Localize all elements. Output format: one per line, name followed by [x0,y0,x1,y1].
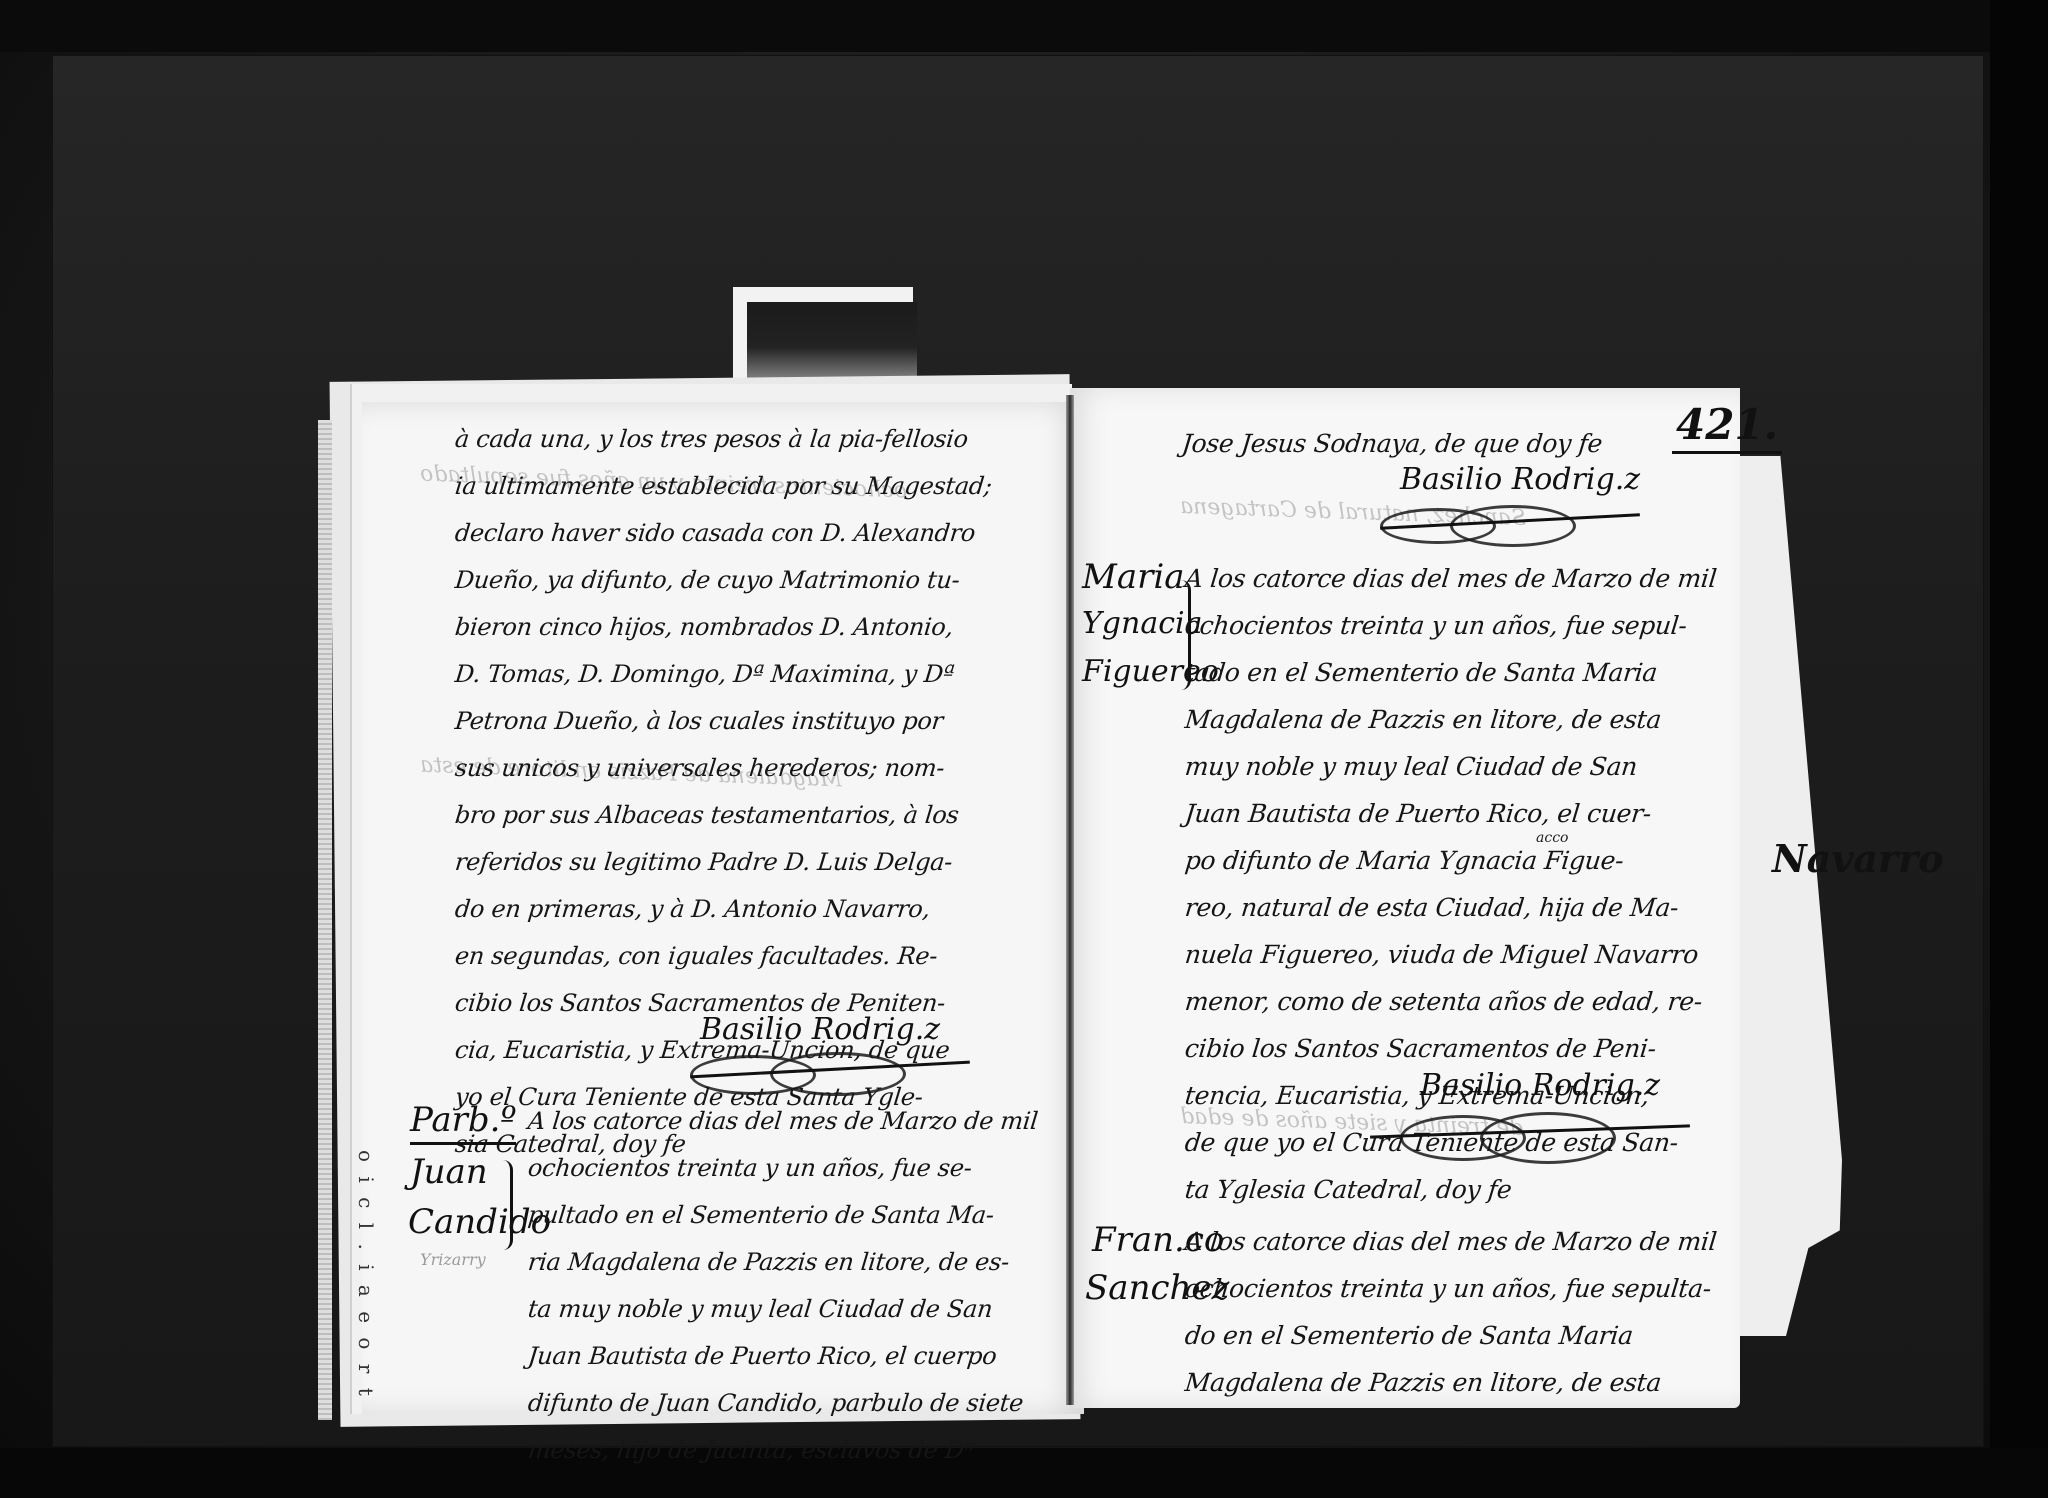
text-line: po difunto de Maria Ygnacia Figue- [1183,837,1708,884]
text-line: ia ultimamente establecida por su Magest… [453,463,1018,510]
text-line: Magdalena de Pazzis en litore, de esta [1183,1359,1708,1406]
folio-number: 421. [1672,400,1782,454]
text-line: meses, hijo de Jacinta, esclavos de Dⁿ [526,1427,1091,1474]
left-entry-2-body: A los catorce dias del mes de Marzo de m… [528,1098,1088,1474]
text-line: muy noble y muy leal Ciudad de San [1183,743,1708,790]
text-line: ochocientos treinta y un años, fue sepul… [1183,1265,1708,1312]
text-line: do en primeras, y à D. Antonio Navarro, [453,886,1018,933]
text-line: A los catorce dias del mes de Marzo de m… [1183,555,1708,602]
text-line: A los catorce dias del mes de Marzo de m… [526,1098,1091,1145]
text-line: Petrona Dueño, à los cuales instituyo po… [453,698,1018,745]
text-line: pultado en el Sementerio de Santa Ma- [526,1192,1091,1239]
right-entry-2-body: A los catorce dias del mes de Marzo de m… [1185,1218,1705,1406]
margin-label-given-name: Maria [1082,555,1184,599]
text-line: ochocientos treinta y un años, fue sepul… [1183,602,1708,649]
margin-brace [500,1160,513,1250]
text-line: menor, como de setenta años de edad, re- [1183,978,1708,1025]
text-line: bro por sus Albaceas testamentarios, à l… [453,792,1018,839]
text-line: Dueño, ya difunto, de cuyo Matrimonio tu… [453,557,1018,604]
film-edge-shadow [1990,0,2048,1498]
text-line: tado en el Sementerio de Santa Maria [1183,649,1708,696]
text-line: Juan Bautista de Puerto Rico, el cuerpo [526,1333,1091,1380]
text-line: bieron cinco hijos, nombrados D. Antonio… [453,604,1018,651]
side-annotation: Navarro [1772,836,1943,881]
margin-label-parvulo: Parb.º [410,1098,516,1145]
text-line: ochocientos treinta y un años, fue se- [526,1145,1091,1192]
page-fore-edge [318,420,332,1420]
text-line: Magdalena de Pazzis en litore, de esta [1183,696,1708,743]
text-line: sus unicos y universales herederos; nom- [453,745,1018,792]
right-entry-1-body: A los catorce dias del mes de Marzo de m… [1185,555,1705,1213]
text-line: nuela Figuereo, viuda de Miguel Navarro [1183,931,1708,978]
right-page-top: Jose Jesus Sodnaya, de que doy fe [1182,420,1602,467]
text-line: D. Tomas, D. Domingo, Dª Maximina, y Dª [453,651,1018,698]
fore-edge-marks: o i c l . i a e o r t [354,1150,378,1400]
text-line: reo, natural de esta Ciudad, hija de Ma- [1183,884,1708,931]
signature-flourish [1480,1112,1616,1164]
text-line: ta Yglesia Catedral, doy fe [1183,1166,1708,1213]
text-line: referidos su legitimo Padre D. Luis Delg… [453,839,1018,886]
text-line: declaro haver sido casada con D. Alexand… [453,510,1018,557]
text-line: A los catorce dias del mes de Marzo de m… [1183,1218,1708,1265]
text-line: Jose Jesus Sodnaya, de que doy fe [1180,420,1605,467]
interlinear-insert: acco [1536,830,1568,846]
text-line: cibio los Santos Sacramentos de Peni- [1183,1025,1708,1072]
text-line: difunto de Juan Candido, parbulo de siet… [526,1380,1091,1427]
signature-flourish [770,1052,906,1096]
film-top-band [0,0,2048,52]
priest-signature: Basilio Rodrig.z [700,1012,940,1047]
priest-signature: Basilio Rodrig.z [1420,1068,1660,1103]
margin-label-given-name: Juan [410,1150,488,1194]
text-line: do en el Sementerio de Santa Maria [1183,1312,1708,1359]
priest-signature: Basilio Rodrig.z [1400,462,1640,497]
text-line: ta muy noble y muy leal Ciudad de San [526,1286,1091,1333]
text-line: en segundas, con iguales facultades. Re- [453,933,1018,980]
text-line: Juan Bautista de Puerto Rico, el cuer- [1183,790,1708,837]
pencil-note: Yrizarry [420,1250,486,1269]
text-line: à cada una, y los tres pesos à la pia-fe… [453,416,1018,463]
text-line: ria Magdalena de Pazzis en litore, de es… [526,1239,1091,1286]
signature-flourish [1450,505,1576,547]
